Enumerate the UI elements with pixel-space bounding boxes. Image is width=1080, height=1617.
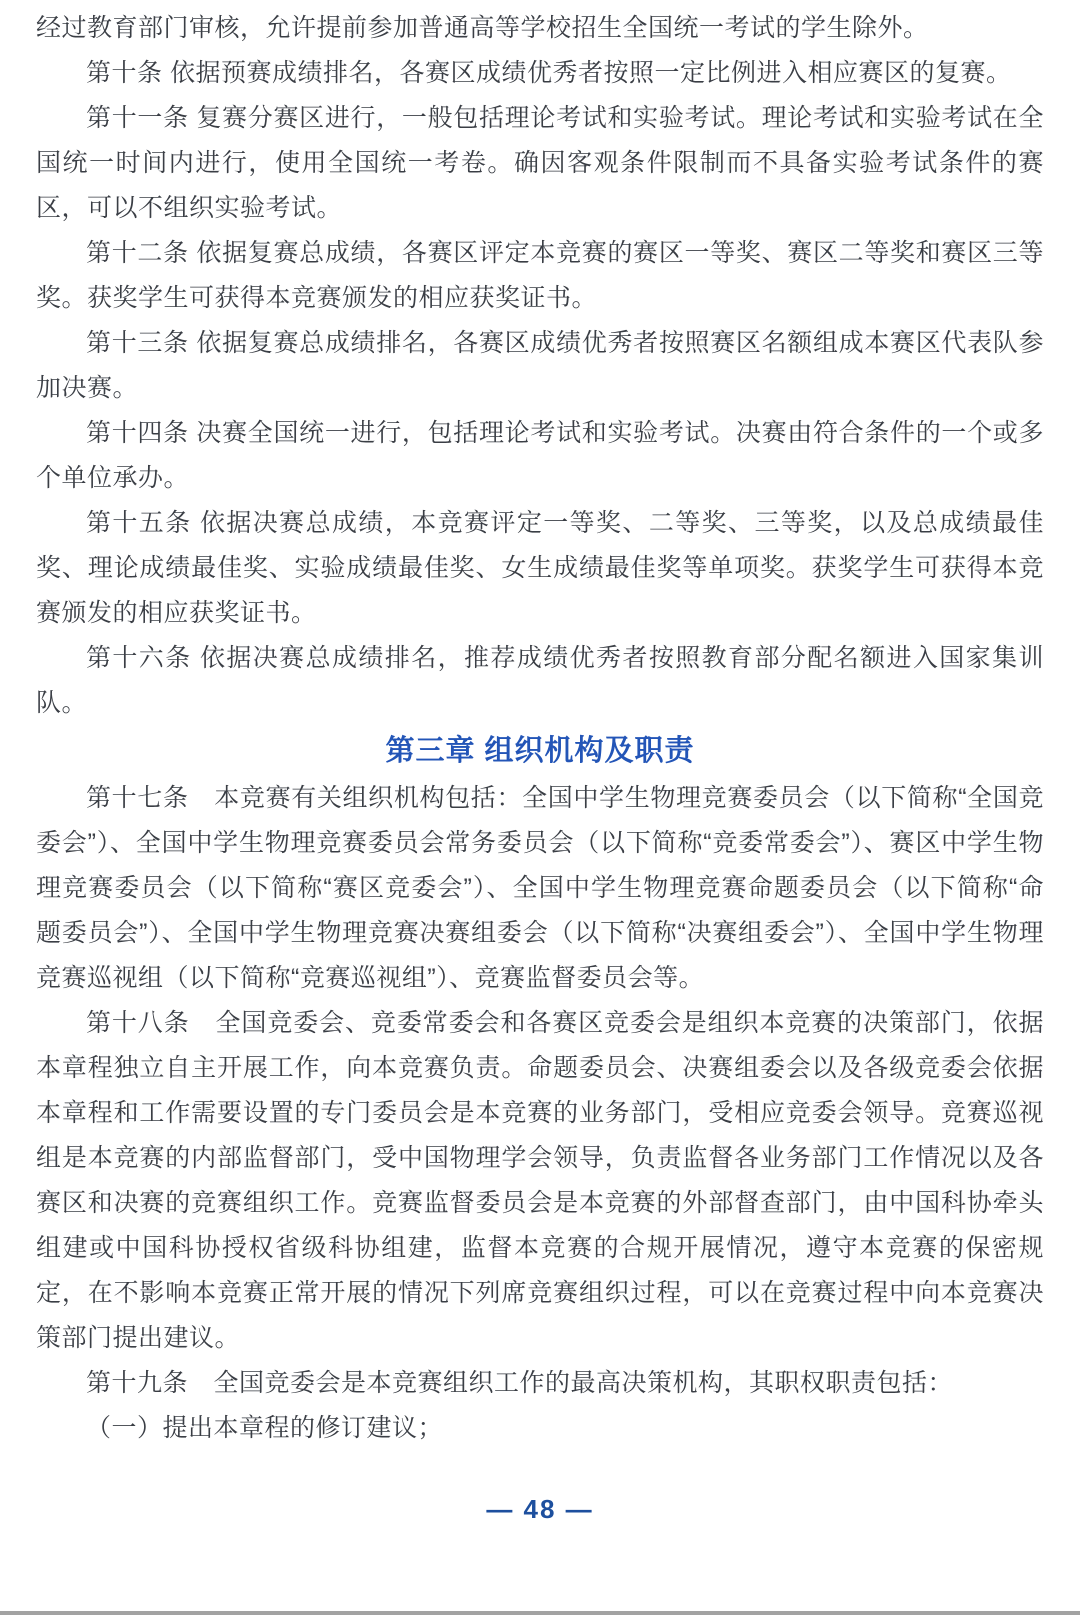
paragraph: （一）提出本章程的修订建议；	[36, 1406, 1044, 1451]
page-number: — 48 —	[486, 1494, 593, 1524]
paragraph: 第十七条 本竞赛有关组织机构包括：全国中学生物理竞赛委员会（以下简称“全国竞委会…	[36, 776, 1044, 1001]
paragraph: 第十条 依据预赛成绩排名，各赛区成绩优秀者按照一定比例进入相应赛区的复赛。	[36, 51, 1044, 96]
page-bottom-edge-line	[0, 1611, 1080, 1615]
paragraph: 第十五条 依据决赛总成绩，本竞赛评定一等奖、二等奖、三等奖，以及总成绩最佳奖、理…	[36, 501, 1044, 636]
paragraph: 第十六条 依据决赛总成绩排名，推荐成绩优秀者按照教育部分配名额进入国家集训队。	[36, 636, 1044, 726]
paragraph: 第十一条 复赛分赛区进行，一般包括理论考试和实验考试。理论考试和实验考试在全国统…	[36, 96, 1044, 231]
paragraph: 第十三条 依据复赛总成绩排名，各赛区成绩优秀者按照赛区名额组成本赛区代表队参加决…	[36, 321, 1044, 411]
paragraph: 经过教育部门审核，允许提前参加普通高等学校招生全国统一考试的学生除外。	[36, 6, 1044, 51]
document-body: 经过教育部门审核，允许提前参加普通高等学校招生全国统一考试的学生除外。第十条 依…	[0, 0, 1080, 1451]
chapter-heading: 第三章 组织机构及职责	[36, 728, 1044, 774]
paragraph: 第十二条 依据复赛总成绩，各赛区评定本竞赛的赛区一等奖、赛区二等奖和赛区三等奖。…	[36, 231, 1044, 321]
page-footer: — 48 —	[0, 1494, 1080, 1525]
paragraph: 第十八条 全国竞委会、竞委常委会和各赛区竞委会是组织本竞赛的决策部门，依据本章程…	[36, 1001, 1044, 1361]
paragraph: 第十四条 决赛全国统一进行，包括理论考试和实验考试。决赛由符合条件的一个或多个单…	[36, 411, 1044, 501]
document-page: 经过教育部门审核，允许提前参加普通高等学校招生全国统一考试的学生除外。第十条 依…	[0, 0, 1080, 1617]
paragraph: 第十九条 全国竞委会是本竞赛组织工作的最高决策机构，其职权职责包括：	[36, 1361, 1044, 1406]
